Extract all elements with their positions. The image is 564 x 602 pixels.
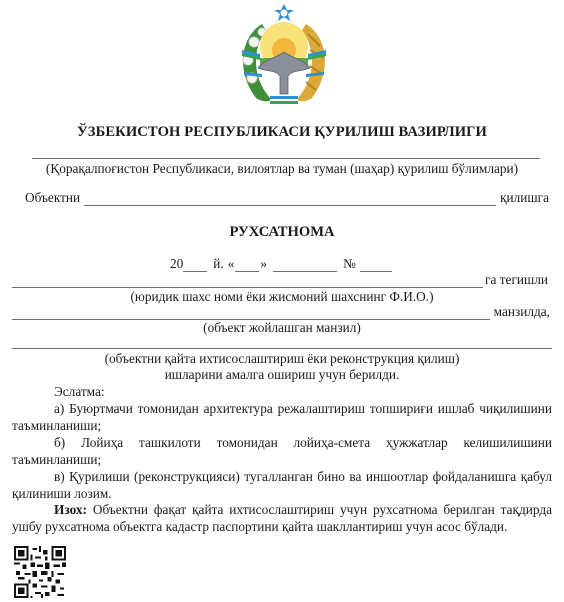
remark-label: Изох: xyxy=(54,502,87,517)
owner-name-field[interactable] xyxy=(12,275,483,288)
address-field[interactable] xyxy=(12,307,490,320)
notes-heading: Эслатма: xyxy=(54,384,105,400)
address-line: манзилда, xyxy=(12,304,550,320)
date-number-line: 20 й. « » № xyxy=(170,256,396,272)
number-field[interactable] xyxy=(360,259,392,272)
note-item-c: в) Қурилиши (реконструкцияси) тугалланга… xyxy=(12,468,552,502)
number-sign: № xyxy=(343,256,356,272)
works-caption: (объектни қайта ихтисослаштириш ёки реко… xyxy=(0,351,564,367)
object-name-field[interactable] xyxy=(84,193,496,206)
year-suffix: й. xyxy=(213,256,223,272)
year-field[interactable] xyxy=(183,259,207,272)
state-emblem xyxy=(232,2,336,112)
month-field[interactable] xyxy=(273,259,337,272)
address-suffix: манзилда, xyxy=(494,304,550,320)
open-quote: « xyxy=(228,256,235,272)
close-quote: » xyxy=(260,256,267,272)
remark-paragraph: Изох: Объектни фақат қайта ихтисослаштир… xyxy=(12,501,552,535)
object-line: Объектни қилишга xyxy=(25,190,549,206)
owner-caption: (юридик шахс номи ёки жисмоний шахснинг … xyxy=(0,289,564,305)
uzbekistan-state-emblem-icon xyxy=(232,2,336,112)
qr-code-icon xyxy=(14,546,66,598)
remark-text: Объектни фақат қайта ихтисослаштириш учу… xyxy=(12,502,552,534)
works-issued-text: ишларини амалга ошириш учун берилди. xyxy=(0,367,564,383)
ministry-subtitle: (Қорақалпоғистон Республикаси, вилоятлар… xyxy=(0,161,564,177)
year-prefix: 20 xyxy=(170,256,183,272)
ministry-heading: ЎЗБЕКИСТОН РЕСПУБЛИКАСИ ҚУРИЛИШ ВАЗИРЛИГ… xyxy=(0,124,564,141)
address-caption: (объект жойлашган манзил) xyxy=(0,320,564,336)
ministry-divider xyxy=(32,158,540,159)
note-item-a: а) Буюртмачи томонидан архитектура режал… xyxy=(12,400,552,434)
object-prefix: Объектни xyxy=(25,190,80,206)
works-field[interactable] xyxy=(12,348,552,349)
owner-line: га тегишли xyxy=(12,272,548,288)
qr-code xyxy=(14,546,66,598)
document-title: РУХСАТНОМА xyxy=(0,224,564,241)
day-field[interactable] xyxy=(235,259,259,272)
note-item-b: б) Лойиҳа ташкилоти томонидан лойиҳа-сме… xyxy=(12,434,552,468)
object-suffix: қилишга xyxy=(500,190,549,206)
owner-suffix: га тегишли xyxy=(485,272,548,288)
